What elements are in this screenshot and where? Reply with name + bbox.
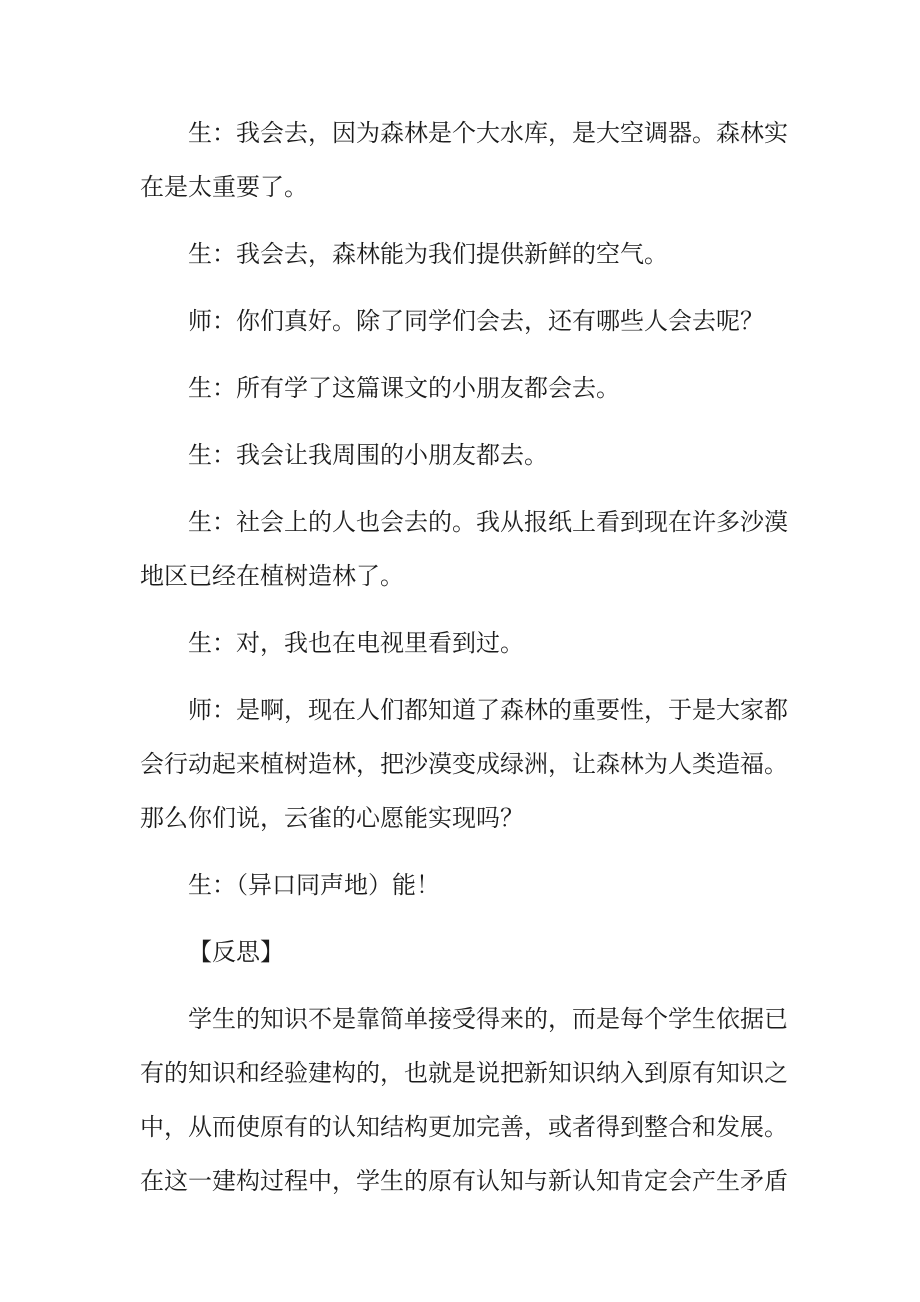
reflection-heading: 【反思】 [140,926,790,980]
dialogue-line: 生：我会去，森林能为我们提供新鲜的空气。 [140,228,790,282]
dialogue-line: 师：是啊，现在人们都知道了森林的重要性，于是大家都会行动起来植树造林，把沙漠变成… [140,684,790,846]
reflection-paragraph: 学生的知识不是靠简单接受得来的，而是每个学生依据已有的知识和经验建构的，也就是说… [140,993,790,1209]
dialogue-line: 生：我会去，因为森林是个大水库，是大空调器。森林实在是太重要了。 [140,107,790,215]
document-body: 生：我会去，因为森林是个大水库，是大空调器。森林实在是太重要了。 生：我会去，森… [140,107,790,1209]
dialogue-line: 生：社会上的人也会去的。我从报纸上看到现在许多沙漠地区已经在植树造林了。 [140,496,790,604]
dialogue-line: 师：你们真好。除了同学们会去，还有哪些人会去呢？ [140,295,790,349]
dialogue-line: 生：所有学了这篇课文的小朋友都会去。 [140,362,790,416]
dialogue-line: 生：（异口同声地）能！ [140,859,790,913]
dialogue-line: 生：对，我也在电视里看到过。 [140,617,790,671]
dialogue-line: 生：我会让我周围的小朋友都去。 [140,429,790,483]
document-page: 生：我会去，因为森林是个大水库，是大空调器。森林实在是太重要了。 生：我会去，森… [0,0,920,1302]
